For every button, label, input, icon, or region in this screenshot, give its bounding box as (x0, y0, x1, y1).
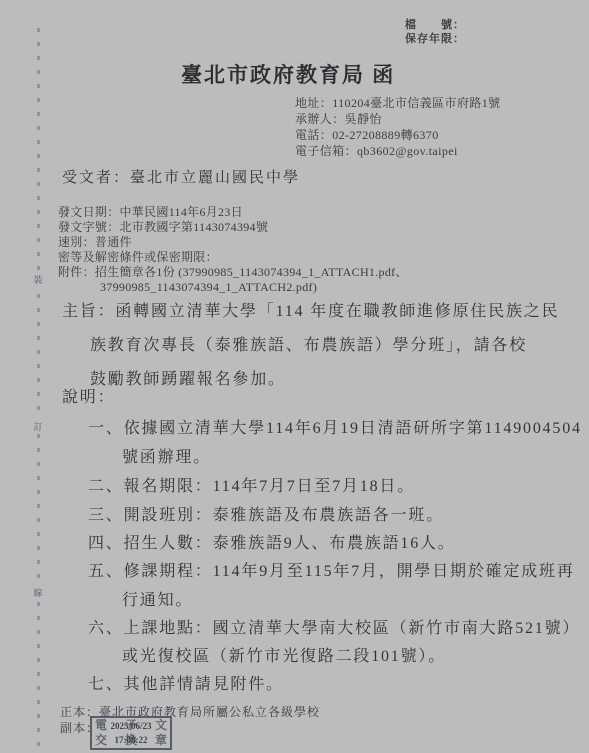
stamp-time: 17:08:22 (115, 735, 148, 745)
description-item-2: 二、報名期限：114年7月7日至7月18日。 (88, 478, 415, 496)
document-page: 裝 訂 線 檔 號： 保存年限： 臺北市政府教育局 函 地址：110204臺北市… (0, 0, 589, 753)
classification-line: 密等及解密條件或保密期限： (58, 251, 218, 264)
description-item-6-line-2: 或光復校區（新竹市光復路二段101號）。 (122, 648, 446, 666)
priority-line: 速別：普通件 (58, 236, 132, 249)
document-title: 臺北市政府教育局 函 (181, 64, 395, 87)
description-item-5-line-1: 五、修課期程：114年9月至115年7月，開學日期於確定成班再 (88, 563, 575, 581)
margin-mark-binding: 裝 (31, 272, 45, 287)
binding-dashed-line (37, 28, 40, 753)
stamp-date: 2025/06/23 (110, 721, 151, 731)
subject-line-1: 主旨：函轉國立清華大學「114 年度在職教師進修原住民族之民 (62, 303, 559, 321)
subject-line-2: 族教育次專長（泰雅族語、布農族語）學分班」，請各校 (90, 337, 527, 355)
description-item-1-line-2: 號函辦理。 (122, 449, 211, 467)
attachment-line-2: 37990985_1143074394_1_ATTACH2.pdf) (100, 281, 317, 294)
description-item-5-line-2: 行通知。 (122, 592, 193, 610)
contact-address: 地址：110204臺北市信義區市府路1號 (295, 97, 501, 110)
doc-number-line: 發文字號：北市教國字第1143074394號 (58, 221, 268, 234)
description-label: 說明： (62, 389, 115, 407)
contact-person: 承辦人：吳靜怡 (295, 113, 382, 126)
description-item-4: 四、招生人數：泰雅族語9人、布農族語16人。 (88, 535, 456, 553)
issue-date-line: 發文日期：中華民國114年6月23日 (58, 206, 243, 219)
margin-mark-thread: 線 (31, 585, 45, 600)
electronic-exchange-stamp-icon: 電 子 文 交 換 章 2025/06/23 17:08:22 (90, 716, 172, 750)
file-number-label: 檔 號： (405, 19, 465, 31)
contact-phone: 電話：02-27208889轉6370 (295, 129, 439, 142)
retention-period-label: 保存年限： (405, 33, 465, 45)
contact-email: 電子信箱：qb3602@gov.taipei (295, 145, 458, 158)
attachment-line-1: 附件：招生簡章各1份 (37990985_1143074394_1_ATTACH… (58, 266, 408, 279)
description-item-3: 三、開設班別：泰雅族語及布農族語各一班。 (88, 507, 444, 525)
description-item-6-line-1: 六、上課地點：國立清華大學南大校區（新竹市南大路521號） (88, 620, 580, 638)
subject-line-3: 鼓勵教師踴躍報名參加。 (90, 371, 286, 389)
description-item-7: 七、其他詳情請見附件。 (88, 676, 284, 694)
recipient-line: 受文者：臺北市立麗山國民中學 (62, 170, 300, 187)
margin-mark-stitch: 訂 (31, 419, 45, 434)
stamp-datetime: 2025/06/23 17:08:22 (92, 718, 170, 748)
description-item-1-line-1: 一、依據國立清華大學114年6月19日清語研所字第1149004504 (88, 420, 582, 438)
